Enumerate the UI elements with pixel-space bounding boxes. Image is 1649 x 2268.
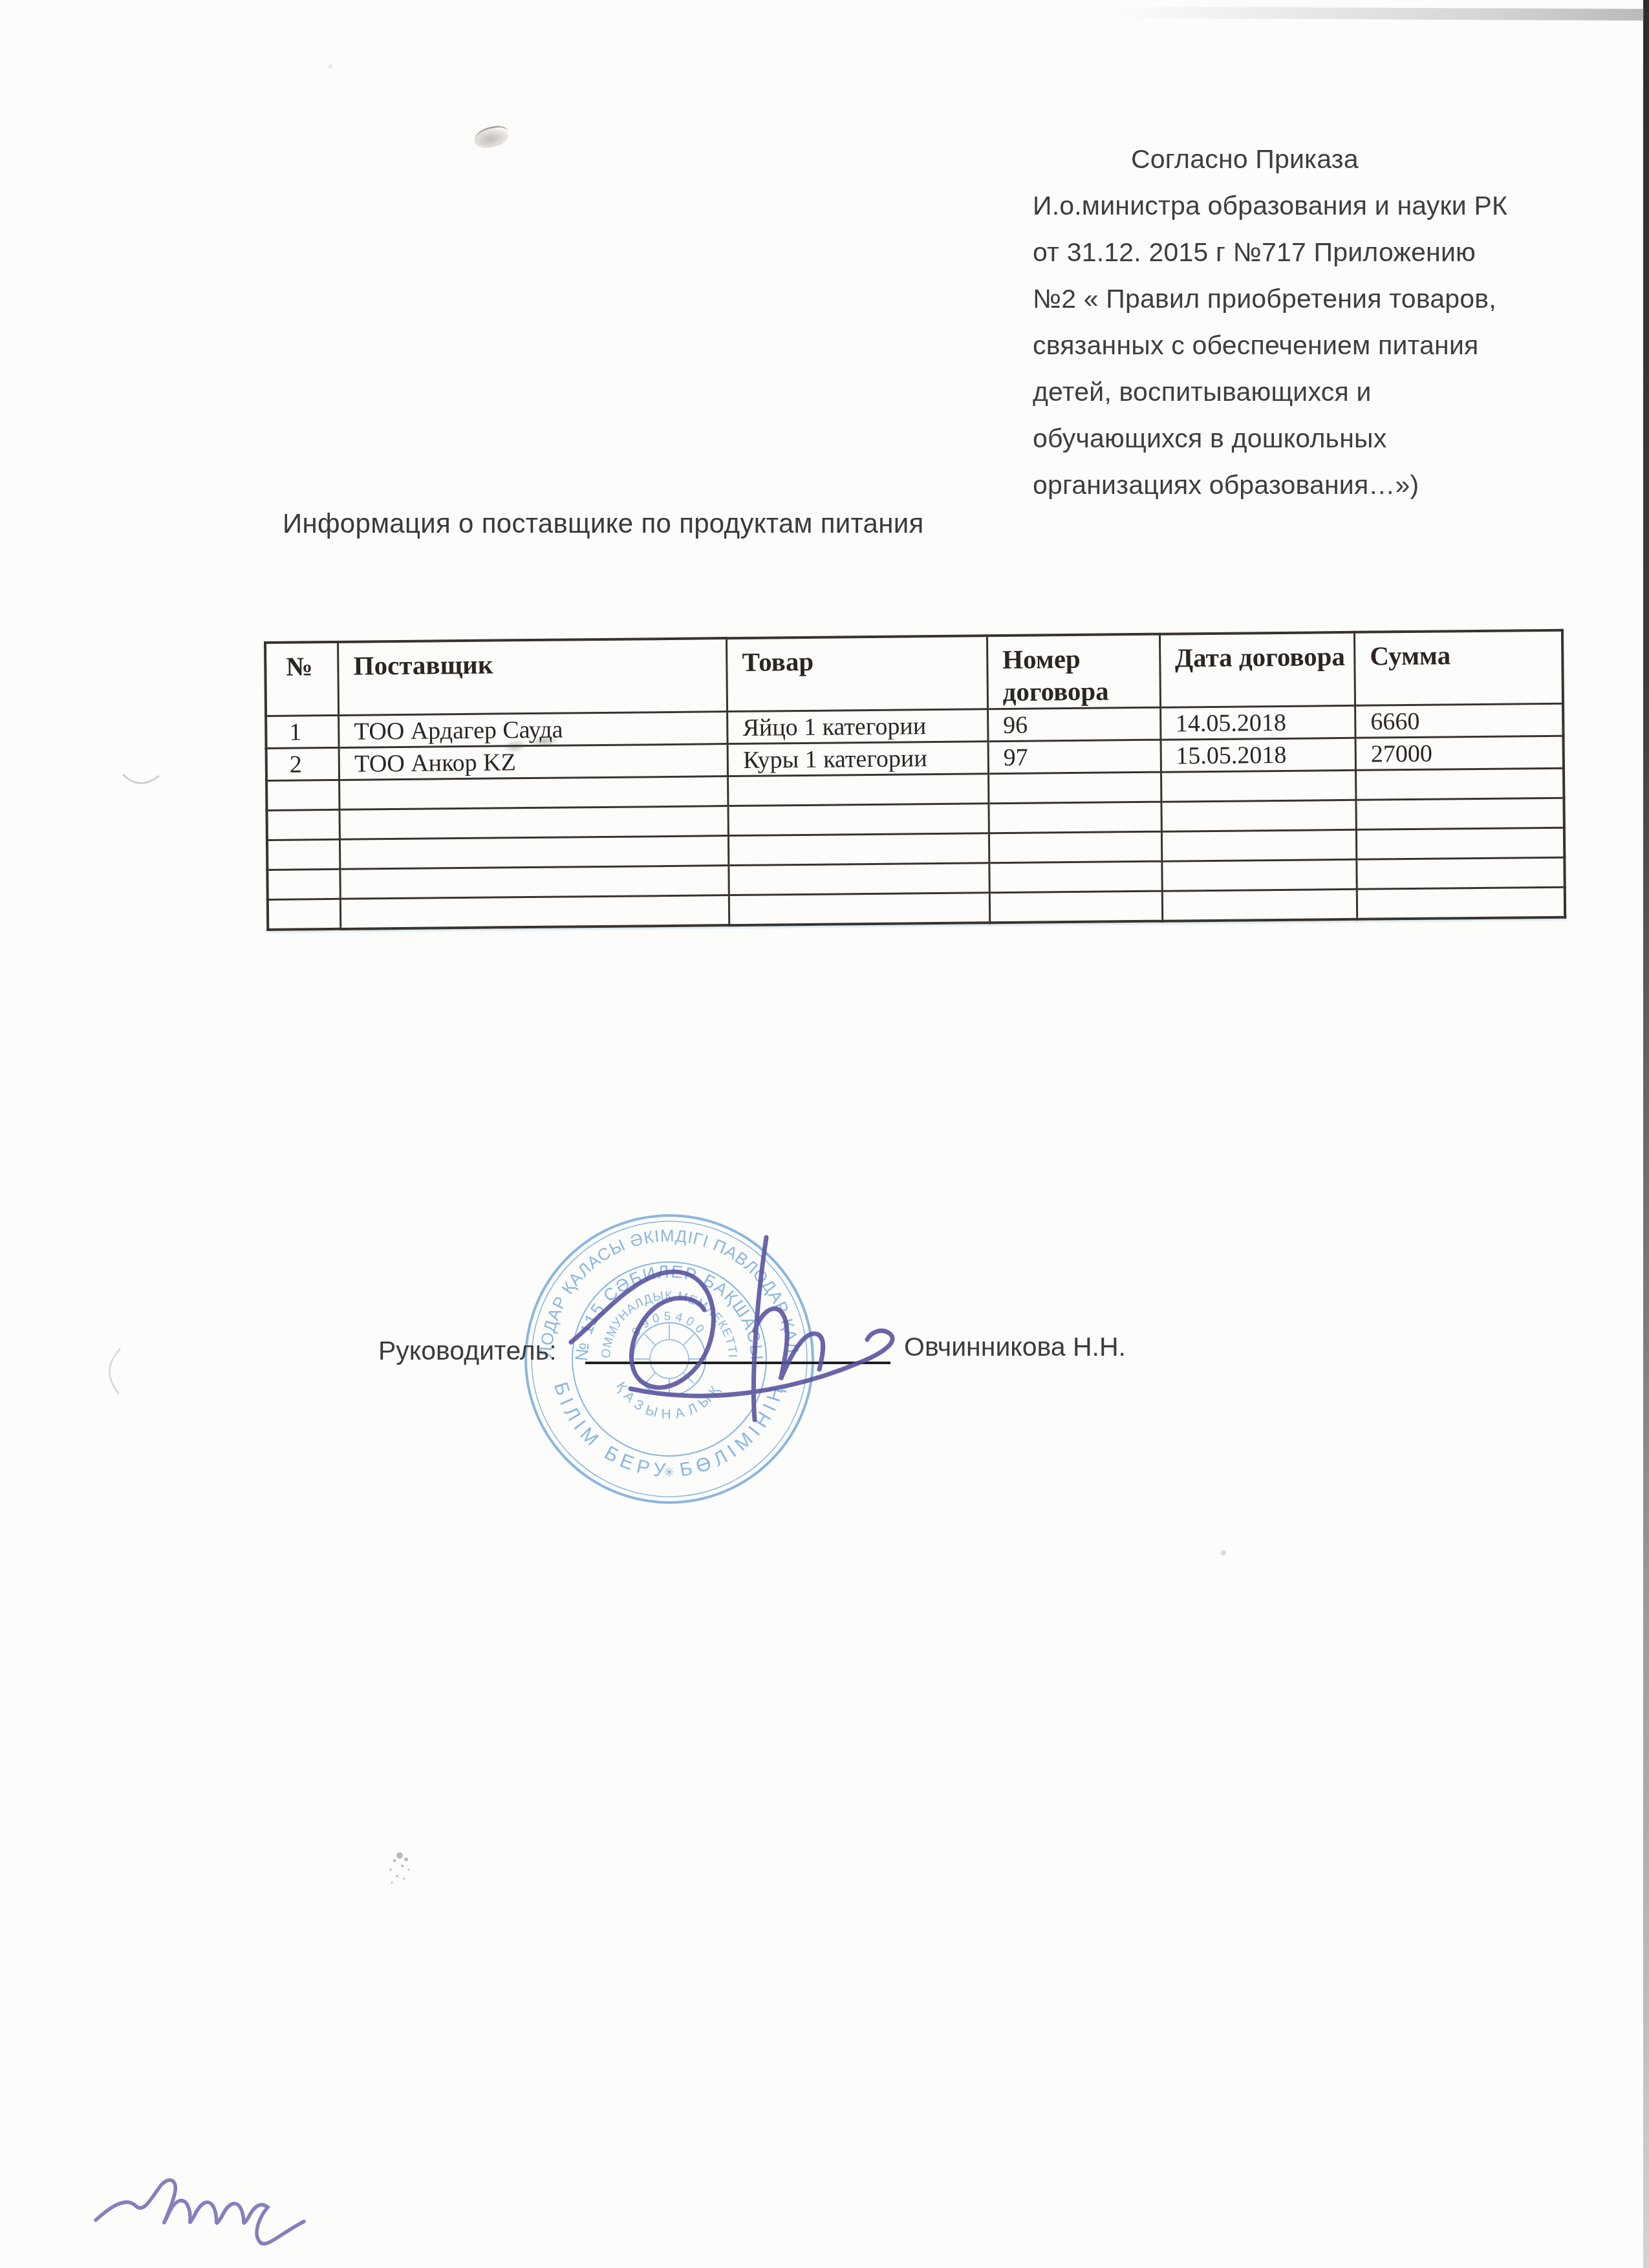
table-cell-empty (1356, 768, 1564, 800)
handwritten-signature-bottom (91, 2157, 317, 2254)
table-cell-empty (1357, 887, 1565, 919)
table-cell-empty (267, 869, 340, 899)
table-cell-supplier: ТОО Анкор KZ (339, 744, 727, 780)
table-cell-num: 2 (266, 747, 339, 780)
head-of-org-name: Овчинникова Н.Н. (904, 1332, 1126, 1362)
note-line: И.о.министра образования и науки РК (1033, 182, 1579, 229)
scanned-document-page: { "colors": { "paper": "#fcfcfa", "text_… (0, 0, 1649, 2268)
table-cell-empty (339, 806, 728, 840)
table-cell-empty (341, 895, 729, 929)
ink-smudge (473, 124, 511, 151)
table-cell-empty (729, 893, 990, 925)
handwritten-signature (553, 1234, 915, 1440)
page-title: Информация о поставщике по продуктам пит… (283, 508, 924, 539)
table-cell-empty (989, 802, 1161, 833)
col-header-product: Товар (727, 636, 988, 711)
table-cell-product: Куры 1 категории (727, 742, 988, 776)
col-header-contract-no: Номер договора (987, 634, 1160, 709)
table-cell-empty (989, 861, 1162, 893)
stamp-bottom-star: ✳ (664, 1466, 675, 1480)
table-cell-amount: 27000 (1355, 736, 1564, 770)
note-line: Согласно Приказа (1033, 136, 1579, 182)
table-cell-supplier: ТОО Ардагер Сауда (339, 712, 727, 748)
table-cell-empty (267, 839, 340, 870)
table-cell-empty (340, 836, 729, 870)
table-cell-empty (988, 772, 1161, 804)
col-header-num: № (265, 642, 339, 716)
supplier-table: № Поставщик Товар Номер договора Дата до… (264, 629, 1566, 931)
scan-speck (1221, 1550, 1226, 1556)
table-cell-empty (1356, 798, 1564, 829)
ink-speckles (383, 1850, 416, 1887)
note-line: обучающихся в дошкольных (1033, 415, 1579, 462)
table-cell-empty (729, 863, 989, 895)
table-cell-empty (989, 831, 1161, 863)
table-cell-empty (1357, 828, 1565, 859)
table-cell-contract_date: 15.05.2018 (1161, 738, 1356, 772)
table-header-row: № Поставщик Товар Номер договора Дата до… (265, 630, 1563, 716)
pencil-arc-mark (120, 771, 162, 791)
table-cell-empty (1161, 859, 1357, 891)
table-cell-contract_no: 97 (988, 740, 1161, 774)
table-cell-empty (1357, 857, 1565, 889)
note-line: от 31.12. 2015 г №717 Приложению (1033, 229, 1579, 275)
table-cell-empty (728, 804, 989, 836)
note-line: №2 « Правил приобретения товаров, (1033, 275, 1579, 322)
col-header-amount: Сумма (1355, 630, 1563, 706)
table-cell-empty (1161, 800, 1357, 831)
note-line: организациях образования…») (1033, 462, 1579, 508)
table-cell-empty (989, 891, 1162, 923)
table-cell-empty (339, 776, 728, 810)
supplier-table-wrap: № Поставщик Товар Номер договора Дата до… (264, 629, 1568, 931)
head-of-org-label: Руководитель: (378, 1336, 557, 1366)
table-cell-contract_date: 14.05.2018 (1160, 705, 1355, 740)
table-cell-contract_no: 96 (987, 707, 1160, 742)
note-line: связанных с обеспечением питания (1033, 322, 1579, 369)
table-cell-empty (340, 866, 729, 899)
table-cell-empty (266, 780, 339, 810)
supplier-table-body: 1ТОО Ардагер СаудаЯйцо 1 категории9614.0… (266, 703, 1565, 929)
table-cell-empty (267, 809, 340, 840)
table-cell-empty (728, 774, 989, 806)
col-header-supplier: Поставщик (338, 638, 727, 715)
table-cell-empty (1162, 889, 1357, 921)
pencil-arc-mark (96, 1346, 127, 1396)
scan-top-shadow (1112, 6, 1644, 21)
table-cell-empty (268, 899, 341, 929)
table-cell-empty (1161, 829, 1357, 861)
col-header-contract-date: Дата договора (1159, 632, 1355, 707)
table-cell-product: Яйцо 1 категории (727, 709, 988, 744)
scan-edge-shadow (1643, 0, 1649, 2268)
table-cell-empty (1161, 770, 1356, 802)
table-cell-amount: 6660 (1355, 703, 1564, 738)
order-reference-note: Согласно Приказа И.о.министра образовани… (1033, 136, 1579, 508)
note-line: детей, воспитывающихся и (1033, 369, 1579, 415)
table-cell-num: 1 (266, 715, 339, 748)
table-cell-empty (729, 833, 989, 866)
scan-speck (329, 65, 332, 69)
